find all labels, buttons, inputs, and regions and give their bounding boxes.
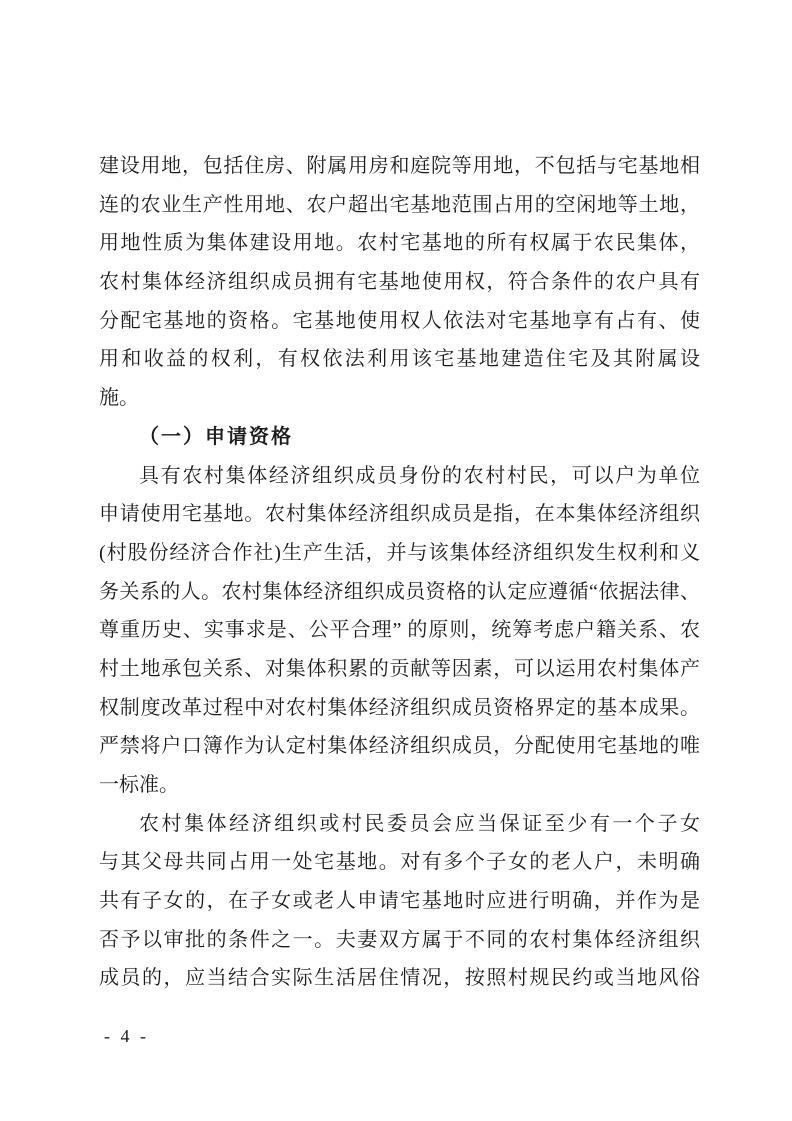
text-line: 共有子女的，在子女或老人申请宅基地时应进行明确，并作为是 <box>99 882 700 921</box>
text-line: 一标准。 <box>99 766 700 805</box>
text-line: 具有农村集体经济组织成员身份的农村村民，可以户为单位 <box>99 457 700 496</box>
text-line: 务关系的人。农村集体经济组织成员资格的认定应遵循“依据法律、 <box>99 573 700 612</box>
text-line: 建设用地，包括住房、附属用房和庭院等用地，不包括与宅基地相 <box>99 147 700 186</box>
text-line: 用和收益的权利，有权依法利用该宅基地建造住宅及其附属设 <box>99 340 700 379</box>
document-page: 建设用地，包括住房、附属用房和庭院等用地，不包括与宅基地相 连的农业生产性用地、… <box>0 0 792 1121</box>
text-line: 与其父母共同占用一处宅基地。对有多个子女的老人户，未明确 <box>99 843 700 882</box>
text-line: 严禁将户口簿作为认定村集体经济组织成员，分配使用宅基地的唯 <box>99 727 700 766</box>
text-line: 村土地承包关系、对集体积累的贡献等因素，可以运用农村集体产 <box>99 650 700 689</box>
text-line: 分配宅基地的资格。宅基地使用权人依法对宅基地享有占有、使 <box>99 302 700 341</box>
text-line: 施。 <box>99 379 700 418</box>
text-line: 农村集体经济组织或村民委员会应当保证至少有一个子女 <box>99 805 700 844</box>
text-line: 申请使用宅基地。农村集体经济组织成员是指，在本集体经济组织 <box>99 495 700 534</box>
section-heading: （一）申请资格 <box>99 418 700 457</box>
text-line: 成员的，应当结合实际生活居住情况，按照村规民约或当地风俗 <box>99 959 700 998</box>
text-line: 农村集体经济组织成员拥有宅基地使用权，符合条件的农户具有 <box>99 263 700 302</box>
page-number: - 4 - <box>104 1026 149 1047</box>
text-line: 权制度改革过程中对农村集体经济组织成员资格界定的基本成果。 <box>99 689 700 728</box>
text-line: (村股份经济合作社)生产生活，并与该集体经济组织发生权利和义 <box>99 534 700 573</box>
text-line: 用地性质为集体建设用地。农村宅基地的所有权属于农民集体， <box>99 224 700 263</box>
text-line: 尊重历史、实事求是、公平合理” 的原则，统筹考虑户籍关系、农 <box>99 611 700 650</box>
text-line: 连的农业生产性用地、农户超出宅基地范围占用的空闲地等土地， <box>99 186 700 225</box>
text-line: 否予以审批的条件之一。夫妻双方属于不同的农村集体经济组织 <box>99 921 700 960</box>
document-body: 建设用地，包括住房、附属用房和庭院等用地，不包括与宅基地相 连的农业生产性用地、… <box>99 147 700 998</box>
